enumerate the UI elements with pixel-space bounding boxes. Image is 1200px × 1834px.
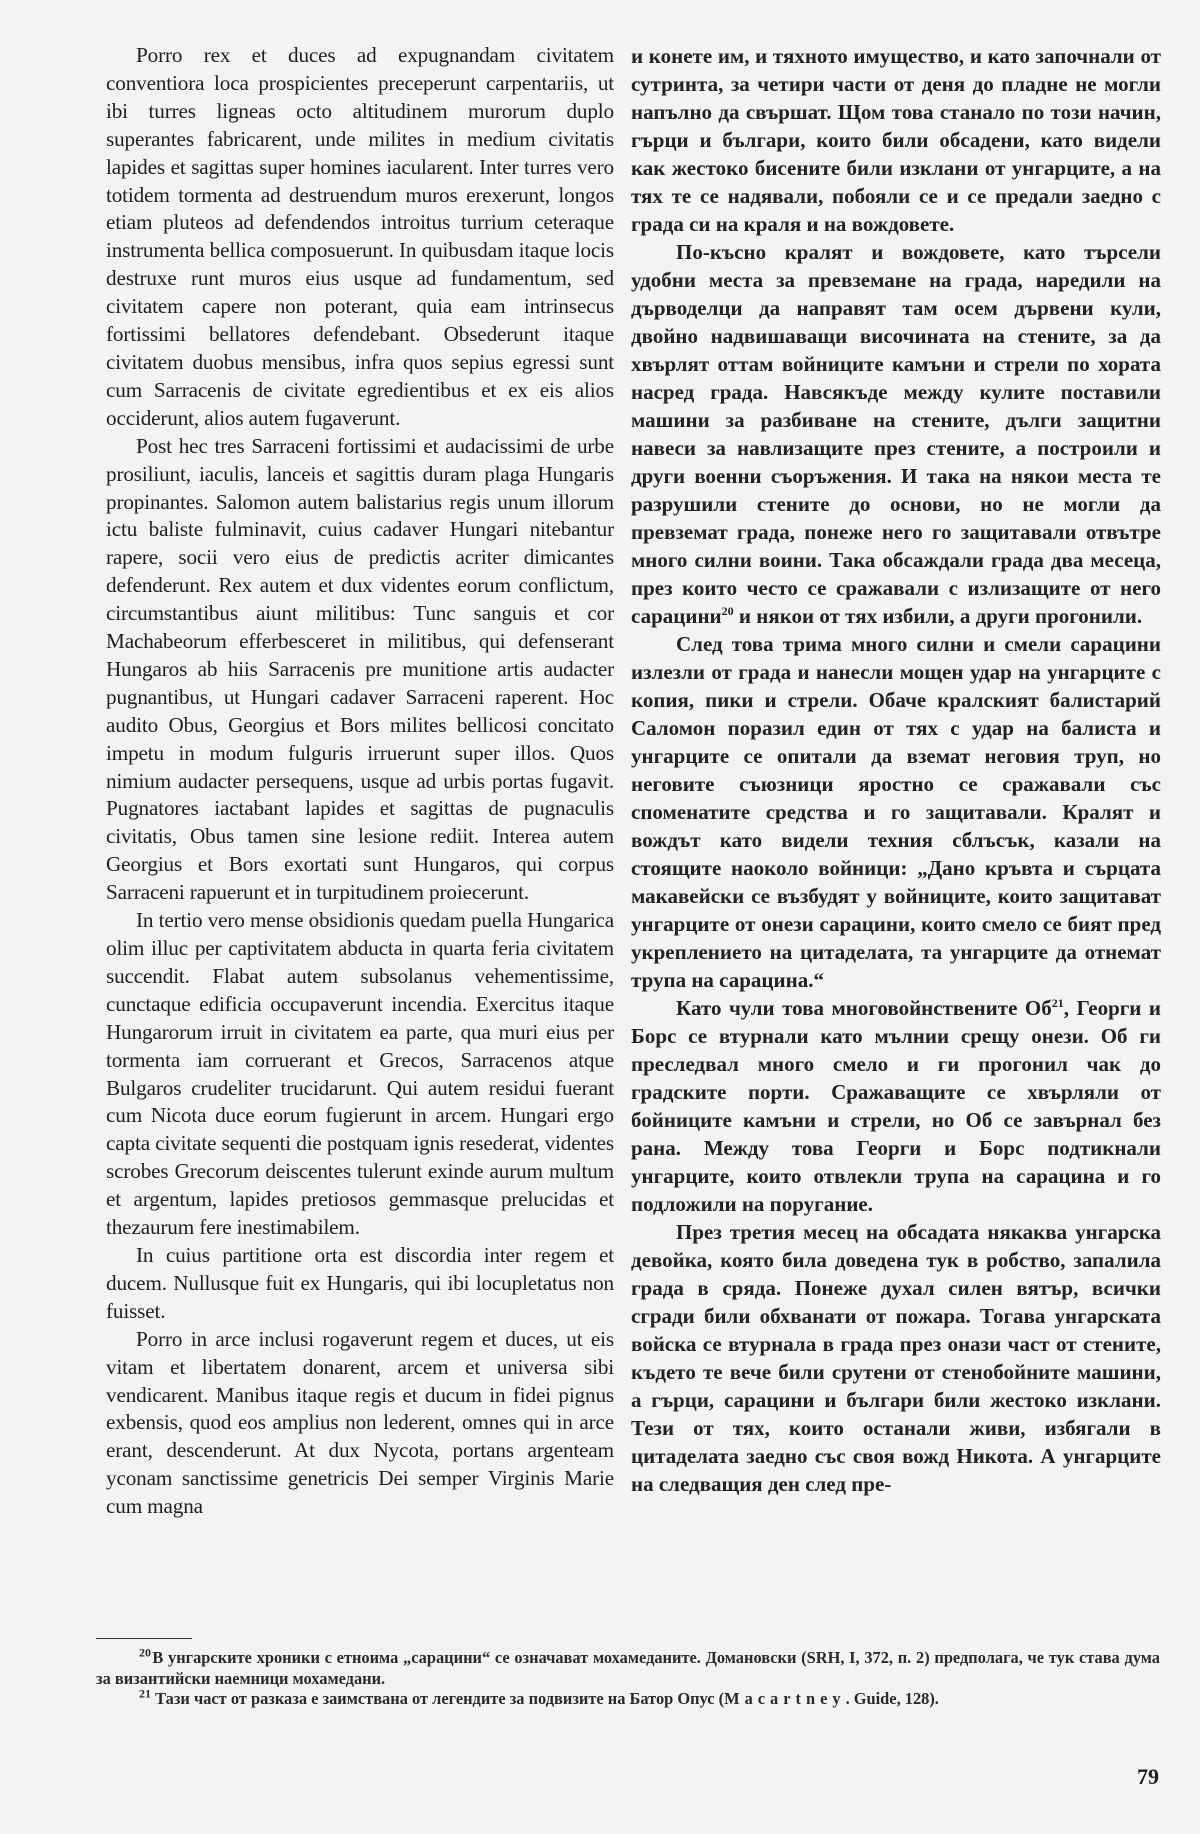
footnote-text: В унгарските хроники с етноима „сарацини… bbox=[96, 1648, 1160, 1688]
paragraph-text: , Георги и Борс се втурнали като мълнии … bbox=[631, 996, 1161, 1216]
bulgarian-text-column: и конете им, и тяхното имущество, и като… bbox=[631, 42, 1161, 1498]
paragraph-text: и някои от тях избили, а други прогонили… bbox=[734, 604, 1142, 628]
footnote-number: 20 bbox=[139, 1646, 151, 1660]
book-page: Porro rex et duces ad expugnandam civita… bbox=[0, 0, 1200, 1834]
latin-paragraph: Porro rex et duces ad expugnandam civita… bbox=[106, 42, 614, 433]
latin-text-column: Porro rex et duces ad expugnandam civita… bbox=[106, 42, 614, 1521]
latin-paragraph: Post hec tres Sarraceni fortissimi et au… bbox=[106, 433, 614, 907]
footnote-text: . Guide, 128). bbox=[846, 1689, 939, 1708]
latin-paragraph: In tertio vero mense obsidionis quedam p… bbox=[106, 907, 614, 1242]
page-number: 79 bbox=[1137, 1764, 1159, 1790]
footnote-21: 21 Тази част от разказа е заимствана от … bbox=[96, 1689, 1160, 1710]
bulgarian-paragraph: След това трима много силни и смели сара… bbox=[631, 630, 1161, 994]
paragraph-text: и конете им, и тяхното имущество, и като… bbox=[631, 44, 1161, 236]
footnote-ref-20[interactable]: 20 bbox=[722, 604, 734, 618]
paragraph-text: По-късно кралят и вождовете, като търсел… bbox=[631, 240, 1161, 628]
footnote-text: Тази част от разказа е заимствана от лег… bbox=[155, 1689, 724, 1708]
bulgarian-paragraph: По-късно кралят и вождовете, като търсел… bbox=[631, 238, 1161, 630]
paragraph-text: След това трима много силни и смели сара… bbox=[631, 632, 1161, 992]
footnote-20: 20 В унгарските хроники с етноима „сарац… bbox=[96, 1648, 1160, 1689]
footnote-author: Macartney bbox=[724, 1689, 845, 1708]
bulgarian-paragraph: През третия месец на обсадата някаква ун… bbox=[631, 1218, 1161, 1498]
latin-paragraph: In cuius partitione orta est discordia i… bbox=[106, 1242, 614, 1326]
bulgarian-paragraph: Като чули това многовойнствените Об21, Г… bbox=[631, 994, 1161, 1218]
footnote-separator bbox=[96, 1638, 192, 1639]
footnotes: 20 В унгарските хроники с етноима „сарац… bbox=[96, 1648, 1160, 1710]
footnote-number: 21 bbox=[139, 1687, 151, 1701]
footnote-ref-21[interactable]: 21 bbox=[1052, 996, 1064, 1010]
paragraph-text: Като чули това многовойнствените Об bbox=[676, 996, 1052, 1020]
paragraph-text: През третия месец на обсадата някаква ун… bbox=[631, 1220, 1161, 1496]
latin-paragraph: Porro in arce inclusi rogaverunt regem e… bbox=[106, 1326, 614, 1521]
bulgarian-paragraph: и конете им, и тяхното имущество, и като… bbox=[631, 42, 1161, 238]
